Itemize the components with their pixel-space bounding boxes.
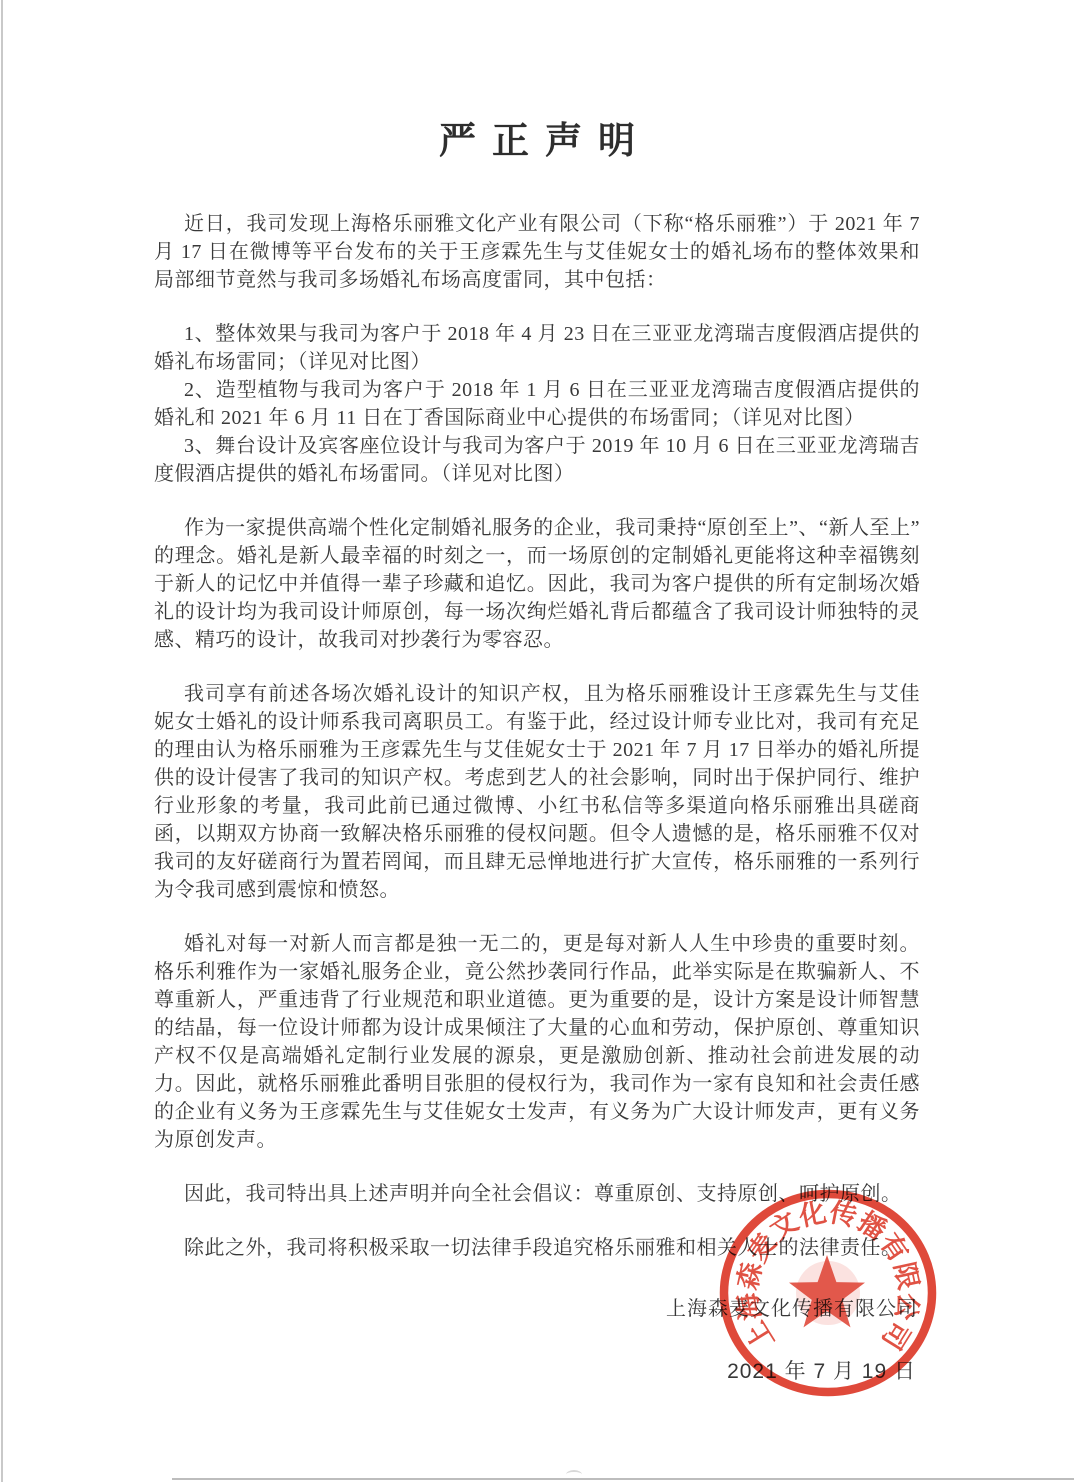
document-title: 严正声明 bbox=[154, 118, 920, 166]
list-item-3: 3、舞台设计及宾客座位设计与我司为客户于 2019 年 10 月 6 日在三亚亚… bbox=[154, 432, 920, 488]
svg-text:化: 化 bbox=[795, 1196, 828, 1232]
list-item-1: 1、整体效果与我司为客户于 2018 年 4 月 23 日在三亚亚龙湾瑞吉度假酒… bbox=[154, 320, 920, 376]
numbered-list: 1、整体效果与我司为客户于 2018 年 4 月 23 日在三亚亚龙湾瑞吉度假酒… bbox=[154, 320, 920, 488]
list-item-2: 2、造型植物与我司为客户于 2018 年 1 月 6 日在三亚亚龙湾瑞吉度假酒店… bbox=[154, 376, 920, 432]
scan-edge-line-left bbox=[1, 0, 3, 1482]
statement-document-page: 严正声明 近日，我司发现上海格乐丽雅文化产业有限公司（下称“格乐丽雅”）于 20… bbox=[0, 0, 1074, 1482]
scan-edge-line-bottom bbox=[172, 1478, 1074, 1480]
body-paragraph-condemnation: 婚礼对每一对新人而言都是独一无二的，更是每对新人人生中珍贵的重要时刻。格乐利雅作… bbox=[154, 930, 920, 1154]
svg-text:海: 海 bbox=[732, 1291, 766, 1323]
company-seal-stamp-icon: 上海森麦文化传播有限公司 bbox=[716, 1186, 940, 1398]
svg-text:限: 限 bbox=[889, 1259, 924, 1292]
body-paragraph-ip-rights: 我司享有前述各场次婚礼设计的知识产权，且为格乐丽雅设计王彦霖先生与艾佳妮女士婚礼… bbox=[154, 680, 920, 904]
scan-smudge bbox=[566, 1470, 582, 1479]
body-paragraph-originality: 作为一家提供高端个性化定制婚礼服务的企业，我司秉持“原创至上”、“新人至上”的理… bbox=[154, 514, 920, 654]
intro-paragraph: 近日，我司发现上海格乐丽雅文化产业有限公司（下称“格乐丽雅”）于 2021 年 … bbox=[154, 210, 920, 294]
